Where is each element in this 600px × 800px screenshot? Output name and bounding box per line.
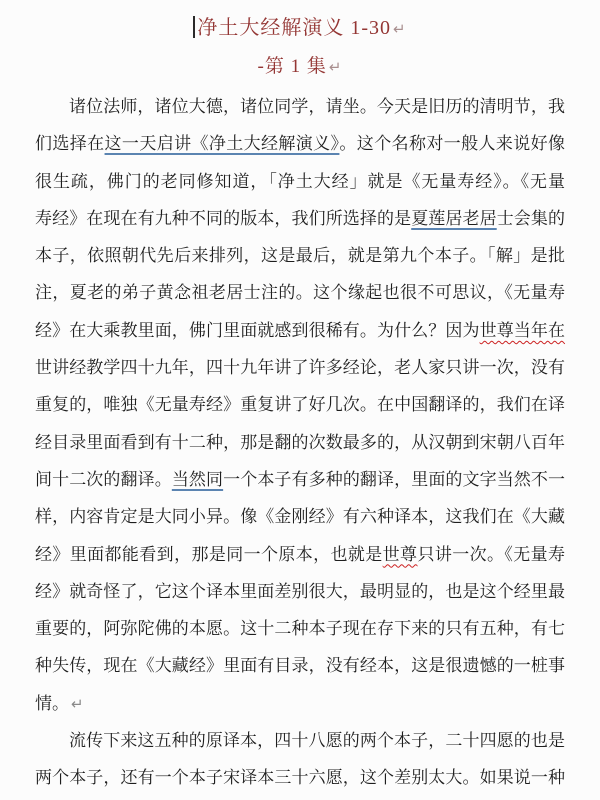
text-line: 们选择在这一天启讲《净土大经解演义》。这个名称对一般人来说好像 [35, 125, 565, 162]
text-run: 诸位法师，诸位大德，诸位同学，请坐。今天是旧历的清明节，我 [69, 97, 565, 116]
text-run: 样，内容肯定是大同小异。像《金刚经》有六种译本，这我们在《大藏 [35, 507, 565, 526]
document-body: 诸位法师，诸位大德，诸位同学，请坐。今天是旧历的清明节，我们选择在这一天启讲《净… [35, 88, 565, 797]
text-line: 样，内容肯定是大同小异。像《金刚经》有六种译本，这我们在《大藏 [35, 498, 565, 535]
text-run: 经》就奇怪了，它这个译本里面差别很大，最明显的，也是这个经里最 [35, 582, 565, 601]
underlined-text-run[interactable]: 当然同 [172, 470, 223, 489]
text-run: 重复的，唯独《无量寿经》重复讲了好几次。在中国翻译的，我们在译 [35, 395, 565, 414]
text-run: 士会集的 [497, 209, 565, 228]
text-run: 流传下来这五种的原译本，四十八愿的两个本子，二十四愿的也是 [69, 731, 565, 750]
text-line: 重要的，阿弥陀佛的本愿。这十二种本子现在存下来的只有五种，有七 [35, 610, 565, 647]
text-line: 诸位法师，诸位大德，诸位同学，请坐。今天是旧历的清明节，我 [35, 88, 565, 125]
document-title-line: 净土大经解演义 1-30↵ [35, 8, 565, 48]
text-line: 两个本子，还有一个本子宋译本三十六愿，这个差别太大。如果说一种 [35, 759, 565, 796]
text-run: 世讲经教学四十九年，四十九年讲了许多经论，老人家只讲一次，没有 [35, 358, 565, 377]
text-line: 经》在大乘教里面，佛门里面就感到很稀有。为什么？因为世尊当年在 [35, 312, 565, 349]
underlined-text-run[interactable]: 夏莲居老居 [411, 209, 497, 228]
spellcheck-flagged-run: 世尊 [383, 545, 418, 564]
text-run: 经》在大乘教里面，佛门里面就感到很稀有。为什么？因为 [35, 321, 480, 340]
text-line: 本子，依照朝代先后来排列，这是最后，就是第九个本子。「解」是批 [35, 237, 565, 274]
document-subtitle: -第 1 集 [258, 56, 327, 77]
text-line: 很生疏，佛门的老同修知道，「净土大经」就是《无量寿经》。《无量 [35, 163, 565, 200]
paragraph-mark-icon: ↵ [391, 20, 407, 38]
text-line: 注，夏老的弟子黄念祖老居士注的。这个缘起也很不可思议，《无量寿 [35, 274, 565, 311]
document-subtitle-line: -第 1 集↵ [35, 48, 565, 86]
text-run: 间十二次的翻译。 [35, 470, 172, 489]
text-run: 种失传，现在《大藏经》里面有目录，没有经本，这是很遗憾的一桩事 [35, 656, 565, 675]
text-line: 流传下来这五种的原译本，四十八愿的两个本子，二十四愿的也是 [35, 722, 565, 759]
underlined-text-run[interactable]: 这一天启讲《净土大经解演义》 [105, 134, 340, 153]
text-run: 本子，依照朝代先后来排列，这是最后，就是第九个本子。「解」是批 [35, 246, 565, 265]
text-run: 经》里面都能看到，那是同一个原本，也就是 [35, 545, 383, 564]
text-run: 经目录里面看到有十二种，那是翻的次数最多的，从汉朝到宋朝八百年 [35, 433, 565, 452]
paragraph-mark-icon: ↵ [327, 58, 343, 76]
text-run: 情。 [35, 694, 69, 713]
text-line: 世讲经教学四十九年，四十九年讲了许多经论，老人家只讲一次，没有 [35, 349, 565, 386]
text-run: 很生疏，佛门的老同修知道，「净土大经」就是《无量寿经》。《无量 [35, 172, 565, 191]
spellcheck-flagged-run: 世尊当年在 [480, 321, 565, 340]
text-line: 经》就奇怪了，它这个译本里面差别很大，最明显的，也是这个经里最 [35, 573, 565, 610]
text-run: 两个本子，还有一个本子宋译本三十六愿，这个差别太大。如果说一种 [35, 768, 565, 787]
text-line: 寿经》在现在有九种不同的版本，我们所选择的是夏莲居老居士会集的 [35, 200, 565, 237]
text-line: 种失传，现在《大藏经》里面有目录，没有经本，这是很遗憾的一桩事 [35, 647, 565, 684]
document-page[interactable]: 净土大经解演义 1-30↵ -第 1 集↵ 诸位法师，诸位大德，诸位同学，请坐。… [0, 0, 600, 800]
document-title: 净土大经解演义 1-30 [197, 17, 391, 39]
text-line: 经》里面都能看到，那是同一个原本，也就是世尊只讲一次。《无量寿 [35, 536, 565, 573]
text-line: 情。↵ [35, 685, 565, 722]
text-run: 们选择在 [35, 134, 105, 153]
text-run: 。这个名称对一般人来说好像 [339, 134, 565, 153]
text-run: 重要的，阿弥陀佛的本愿。这十二种本子现在存下来的只有五种，有七 [35, 619, 565, 638]
text-line: 重复的，唯独《无量寿经》重复讲了好几次。在中国翻译的，我们在译 [35, 386, 565, 423]
text-run: 寿经》在现在有九种不同的版本，我们所选择的是 [35, 209, 411, 228]
paragraph-mark-icon: ↵ [69, 695, 84, 713]
text-run: 只讲一次。《无量寿 [417, 545, 565, 564]
text-cursor [193, 16, 195, 38]
text-run: 注，夏老的弟子黄念祖老居士注的。这个缘起也很不可思议，《无量寿 [35, 283, 565, 302]
text-run: 一个本子有多种的翻译，里面的文字当然不一 [223, 470, 565, 489]
text-line: 间十二次的翻译。当然同一个本子有多种的翻译，里面的文字当然不一 [35, 461, 565, 498]
text-line: 经目录里面看到有十二种，那是翻的次数最多的，从汉朝到宋朝八百年 [35, 424, 565, 461]
